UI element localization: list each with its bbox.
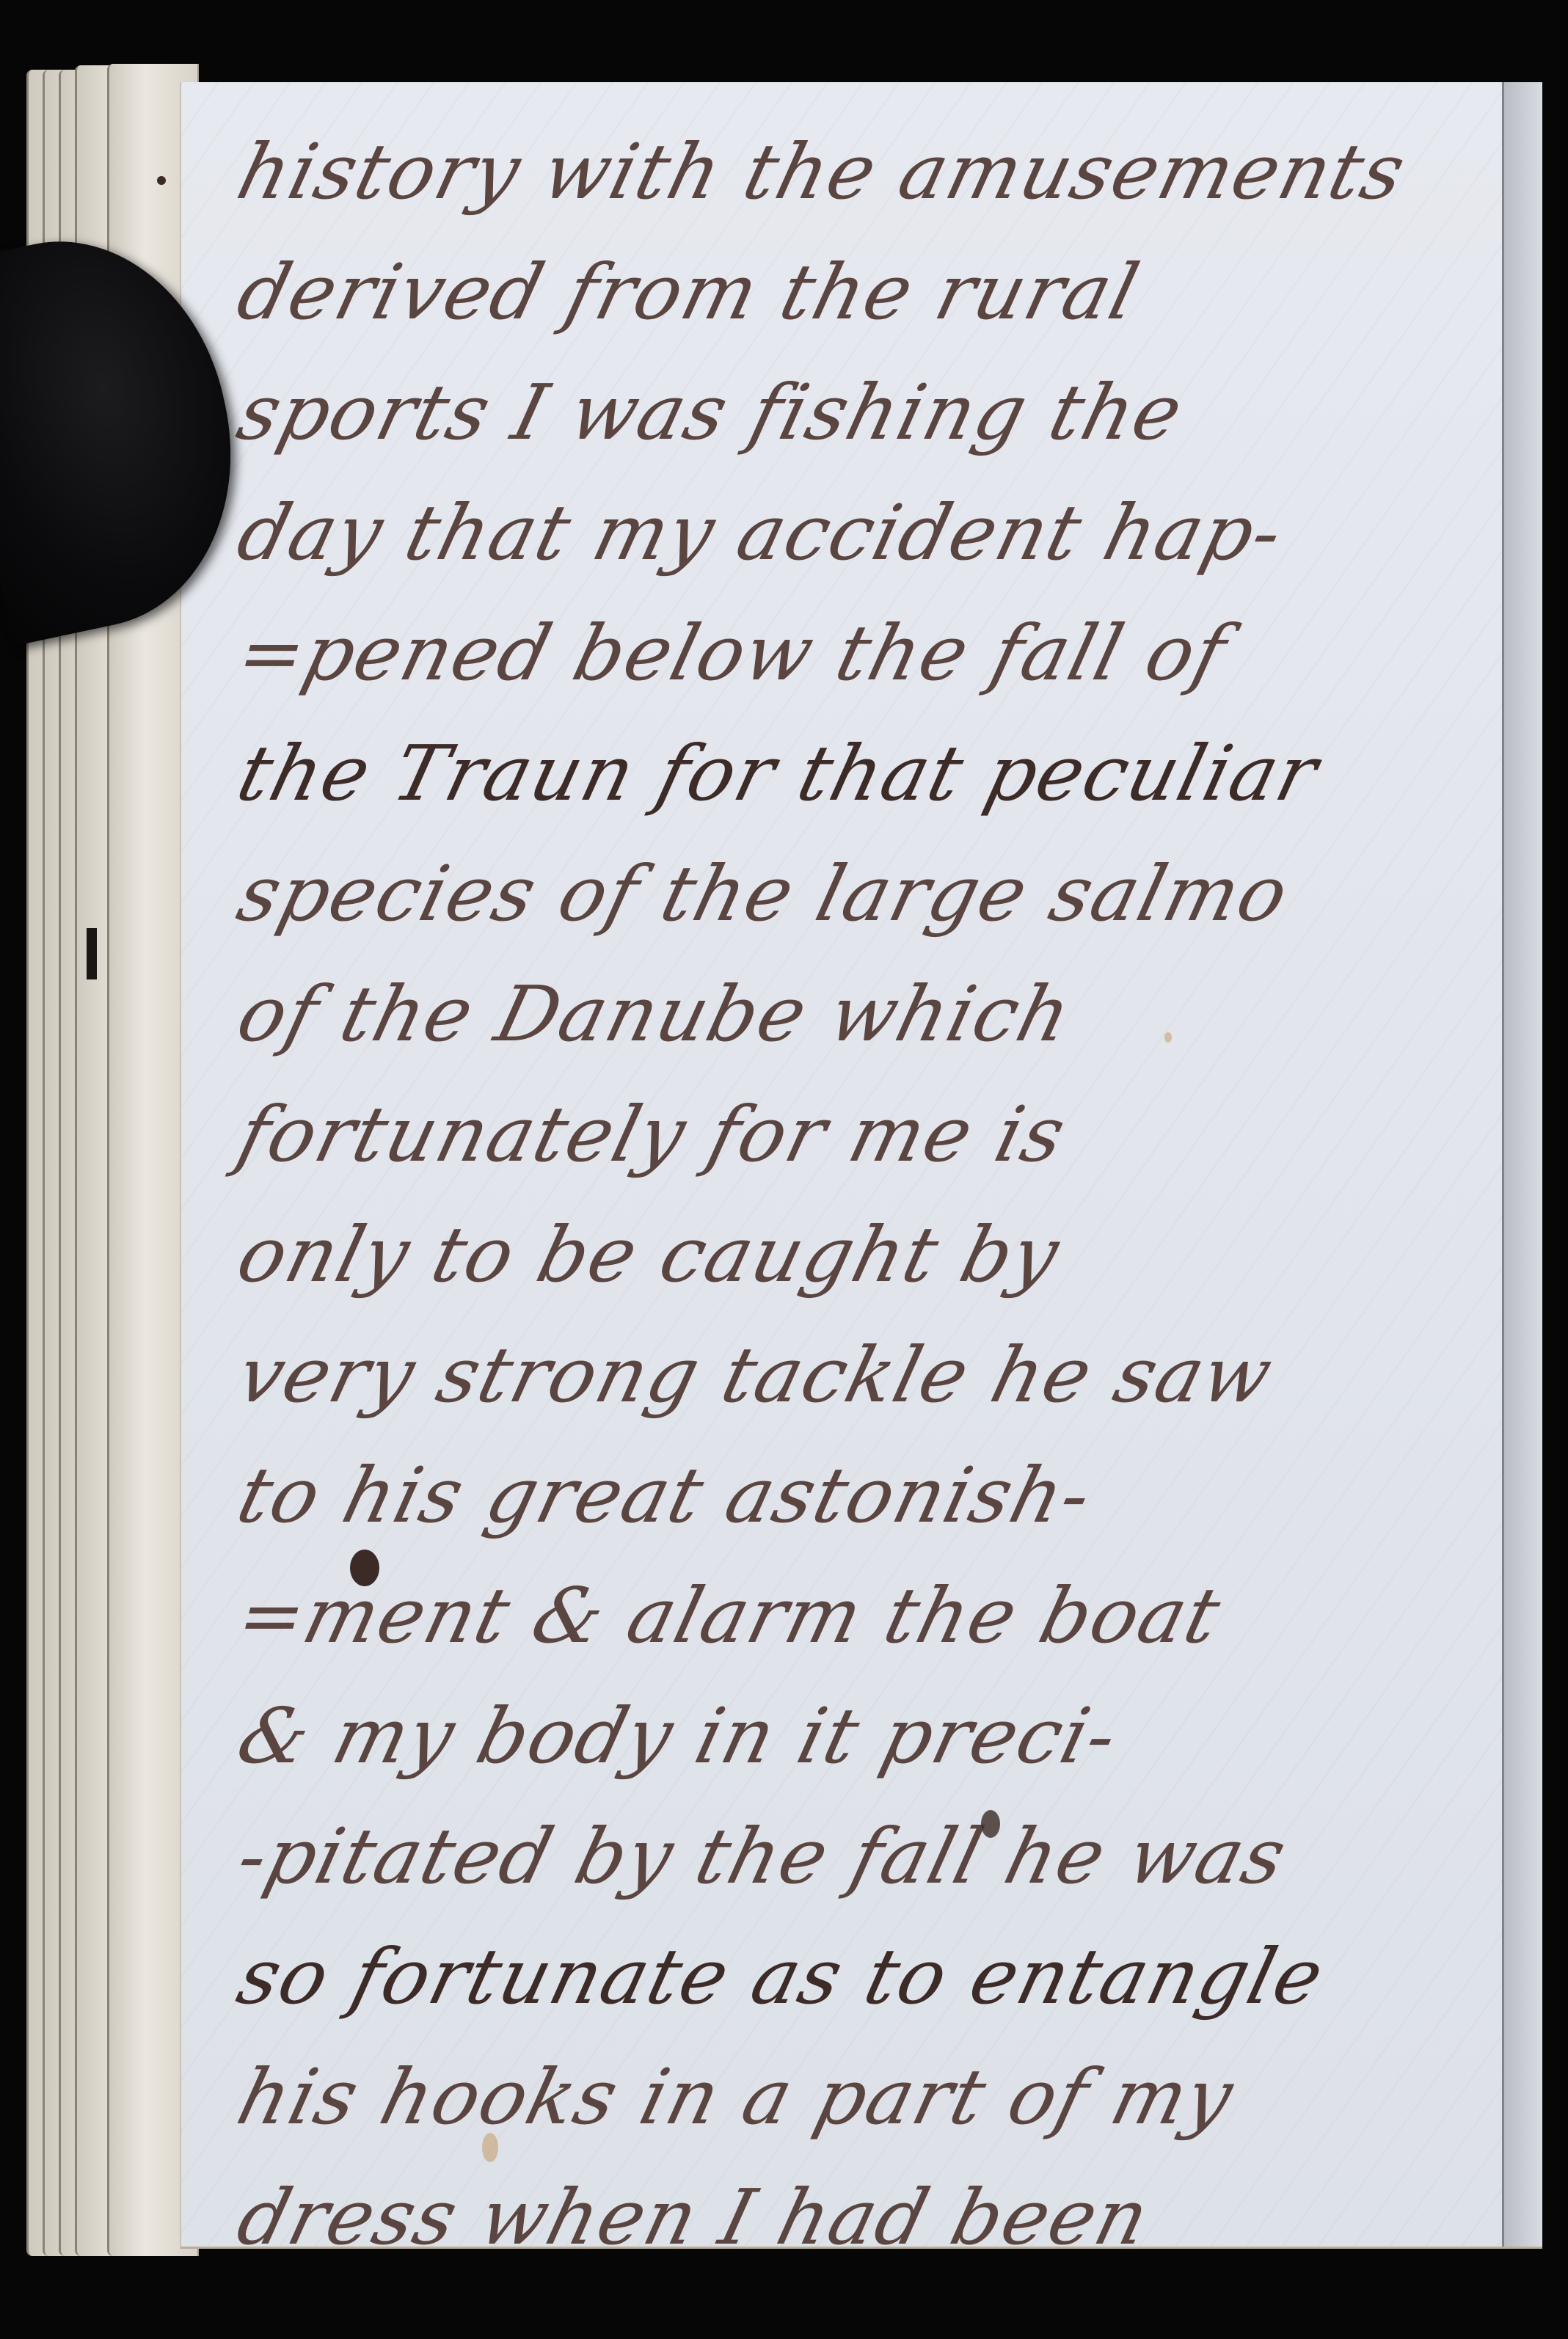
manuscript-line: -pitated by the fall he was bbox=[225, 1796, 1506, 1916]
book-gutter bbox=[1502, 82, 1542, 2247]
manuscript-line: very strong tackle he saw bbox=[225, 1315, 1506, 1435]
manuscript-line: the Traun for that peculiar bbox=[225, 713, 1506, 833]
manuscript-line: day that my accident hap- bbox=[225, 472, 1506, 593]
manuscript-line: to his great astonish- bbox=[225, 1435, 1506, 1555]
page-tab-mark bbox=[87, 928, 97, 979]
manuscript-line: his hooks in a part of my bbox=[225, 2037, 1506, 2157]
manuscript-page: history with the amusements derived from… bbox=[180, 82, 1542, 2249]
manuscript-line: so fortunate as to entangle bbox=[225, 1916, 1506, 2037]
manuscript-line: =pened below the fall of bbox=[225, 593, 1506, 713]
foxing-stain bbox=[482, 2133, 498, 2162]
ink-blot bbox=[350, 1550, 379, 1586]
foxing-stain bbox=[1164, 1032, 1172, 1043]
ink-dot bbox=[157, 176, 166, 185]
manuscript-line: only to be caught by bbox=[225, 1194, 1506, 1315]
manuscript-line: sports I was fishing the bbox=[225, 352, 1506, 472]
manuscript-line: species of the large salmo bbox=[225, 833, 1506, 954]
manuscript-line: fortunately for me is bbox=[225, 1074, 1506, 1194]
handwritten-text-block: history with the amusements derived from… bbox=[225, 112, 1476, 2277]
ink-blot bbox=[981, 1810, 1000, 1838]
manuscript-line: of the Danube which bbox=[225, 954, 1506, 1074]
manuscript-line: history with the amusements bbox=[225, 112, 1506, 232]
manuscript-line: & my body in it preci- bbox=[225, 1676, 1506, 1796]
manuscript-line: =ment & alarm the boat bbox=[225, 1555, 1506, 1676]
manuscript-line: derived from the rural bbox=[225, 232, 1506, 352]
manuscript-line: dress when I had been bbox=[225, 2157, 1506, 2277]
